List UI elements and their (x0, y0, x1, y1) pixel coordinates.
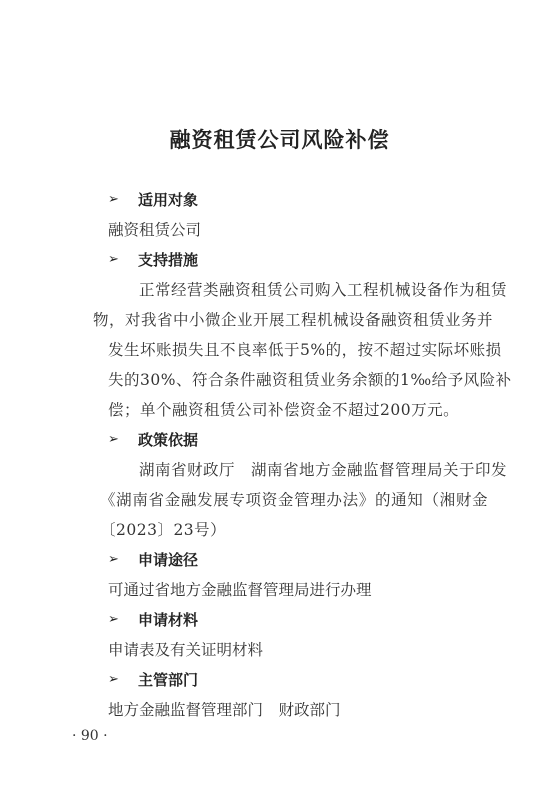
section-text: 申请表及有关证明材料 (108, 635, 488, 665)
arrow-bullet-icon: ➢ (108, 665, 138, 695)
section-heading-applicable-target: ➢ 适用对象 (108, 185, 488, 215)
page-title: 融资租赁公司风险补偿 (0, 124, 559, 154)
arrow-bullet-icon: ➢ (108, 245, 138, 275)
support-measures-paragraph: 正常经营类融资租赁公司购入工程机械设备作为租赁 物，对我省中小微企业开展工程机械… (108, 275, 488, 425)
paragraph-line: 〔2023〕23号） (100, 515, 488, 545)
section-text: 可通过省地方金融监督管理局进行办理 (108, 575, 488, 605)
arrow-bullet-icon: ➢ (108, 425, 138, 455)
section-text: 融资租赁公司 (108, 215, 488, 245)
document-body: ➢ 适用对象 融资租赁公司 ➢ 支持措施 正常经营类融资租赁公司购入工程机械设备… (108, 185, 488, 725)
section-text: 地方金融监督管理部门 财政部门 (108, 695, 488, 725)
paragraph-line: 《湖南省金融发展专项资金管理办法》的通知（湘财金 (100, 485, 488, 515)
policy-basis-paragraph: 湖南省财政厅 湖南省地方金融监督管理局关于印发 《湖南省金融发展专项资金管理办法… (108, 455, 488, 545)
section-heading-policy-basis: ➢ 政策依据 (108, 425, 488, 455)
arrow-bullet-icon: ➢ (108, 605, 138, 635)
arrow-bullet-icon: ➢ (108, 545, 138, 575)
paragraph-line: 湖南省财政厅 湖南省地方金融监督管理局关于印发 (108, 455, 488, 485)
section-heading-competent-department: ➢ 主管部门 (108, 665, 488, 695)
section-heading-application-channel: ➢ 申请途径 (108, 545, 488, 575)
section-heading-support-measures: ➢ 支持措施 (108, 245, 488, 275)
page-number: · 90 · (72, 728, 108, 744)
paragraph-line: 偿；单个融资租赁公司补偿资金不超过200万元。 (108, 395, 488, 425)
paragraph-line: 发生坏账损失且不良率低于5%的，按不超过实际坏账损 (108, 335, 488, 365)
arrow-bullet-icon: ➢ (108, 185, 138, 215)
paragraph-line: 失的30%、符合条件融资租赁业务余额的1‰给予风险补 (108, 365, 488, 395)
section-heading-application-materials: ➢ 申请材料 (108, 605, 488, 635)
paragraph-line: 物，对我省中小微企业开展工程机械设备融资租赁业务并 (93, 305, 488, 335)
paragraph-line: 正常经营类融资租赁公司购入工程机械设备作为租赁 (108, 275, 488, 305)
